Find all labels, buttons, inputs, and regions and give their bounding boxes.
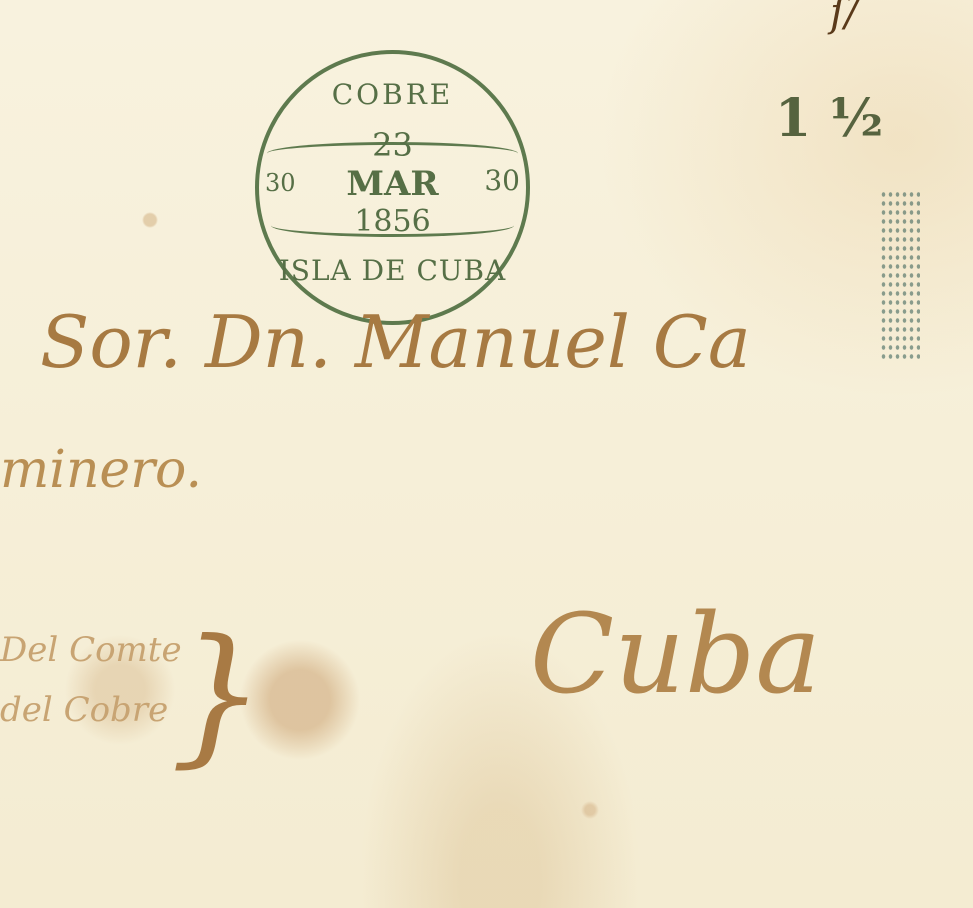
- sender-note-line-1: Del Comte: [0, 620, 182, 680]
- postmark-side-left: 30: [265, 169, 296, 197]
- ink-speckle: [880, 190, 920, 360]
- cobre-postmark: COBRE 23 MAR 1856 30 30 ISLA DE CUBA: [255, 50, 530, 325]
- address-destination: Cuba: [530, 590, 821, 718]
- postmark-side-right: 30: [484, 164, 520, 197]
- postage-rate-mark: 1½: [775, 88, 901, 149]
- brace-flourish: }: [170, 620, 265, 770]
- postmark-bottom-text: ISLA DE CUBA: [259, 254, 526, 287]
- postmark-town: COBRE: [259, 78, 526, 111]
- address-line-1: Sor. Dn. Manuel Ca: [40, 300, 751, 384]
- top-manuscript-mark: ſ/: [830, 0, 858, 36]
- postmark-year: 1856: [259, 204, 526, 239]
- sender-note-line-2: del Cobre: [0, 680, 182, 740]
- sender-note: Del Comte del Cobre: [0, 620, 182, 740]
- address-line-2: minero.: [0, 440, 202, 500]
- postmark-day: 23: [259, 126, 526, 164]
